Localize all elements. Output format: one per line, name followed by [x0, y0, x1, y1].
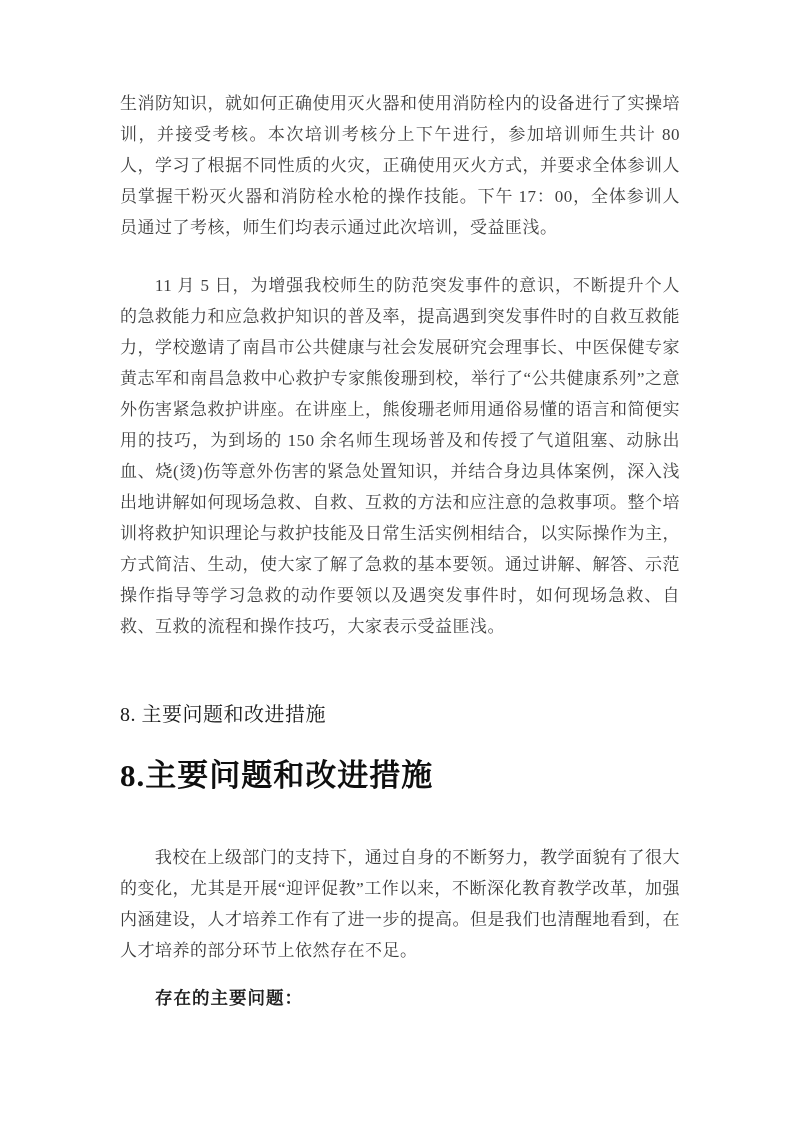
section-outline-label: 8. 主要问题和改进措施 [120, 701, 680, 729]
paragraph-first-aid-lecture: 11 月 5 日，为增强我校师生的防范突发事件的意识，不断提升个人的急救能力和应… [120, 270, 680, 642]
paragraph-school-improvement: 我校在上级部门的支持下，通过自身的不断努力，教学面貌有了很大的变化，尤其是开展“… [120, 842, 680, 966]
section-heading: 8.主要问题和改进措施 [120, 753, 680, 799]
document-page: 生消防知识，就如何正确使用灭火器和使用消防栓内的设备进行了实操培训，并接受考核。… [0, 0, 800, 1131]
paragraph-fire-training: 生消防知识，就如何正确使用灭火器和使用消防栓内的设备进行了实操培训，并接受考核。… [120, 88, 680, 243]
subheading-main-problems: 存在的主要问题： [120, 983, 680, 1014]
